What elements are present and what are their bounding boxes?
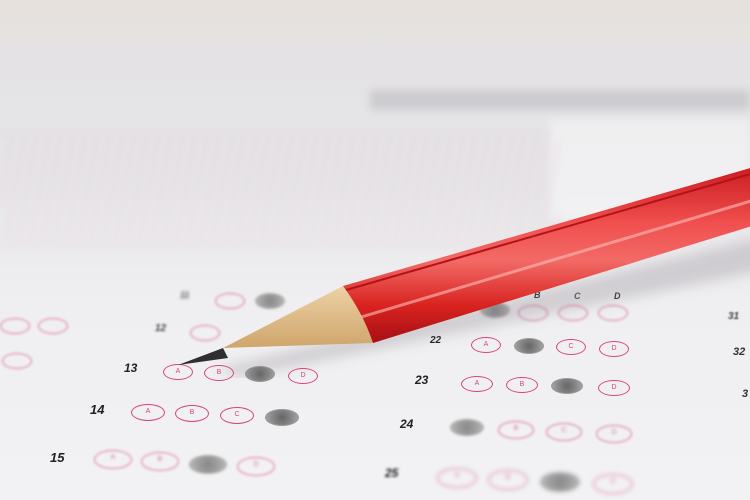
question-number-12: 12 <box>155 323 166 334</box>
pencil-graphite <box>178 348 228 365</box>
question-number-15: 15 <box>50 450 64 465</box>
q23-option-b[interactable]: B <box>506 377 538 393</box>
question-number-24: 24 <box>400 417 413 431</box>
pencil-body <box>343 160 750 343</box>
q23-option-a[interactable]: A <box>461 376 493 392</box>
q14-option-c[interactable]: C <box>220 407 254 424</box>
question-number-14: 14 <box>90 402 104 417</box>
q14-option-b[interactable]: B <box>175 405 209 422</box>
q23-option-d[interactable]: D <box>598 380 630 396</box>
q24-option-b[interactable]: B <box>498 421 534 439</box>
q25-option-b[interactable]: B <box>488 470 528 490</box>
question-number-25: 25 <box>385 466 398 480</box>
sheet-header-band <box>370 90 750 110</box>
q15-option-c-filled[interactable]: C <box>189 455 227 474</box>
photo-scene: 11 12 31 32 3 B C D 13 A B C D 14 A B C … <box>0 0 750 500</box>
q25-option-a[interactable]: A <box>437 468 477 488</box>
answer-bubble <box>38 318 68 334</box>
q23-option-c-filled[interactable]: C <box>551 378 583 394</box>
q15-option-b[interactable]: B <box>141 452 179 471</box>
q25-option-c-filled[interactable]: C <box>540 472 580 492</box>
q14-option-a[interactable]: A <box>131 404 165 421</box>
answer-bubble <box>2 353 32 369</box>
q24-option-d[interactable]: D <box>596 425 632 443</box>
q25-option-d[interactable]: D <box>593 474 633 494</box>
q15-option-a[interactable]: A <box>94 450 132 469</box>
question-number-33: 3 <box>742 388 748 400</box>
q24-option-c[interactable]: C <box>546 423 582 441</box>
question-number-13: 13 <box>124 361 137 375</box>
q14-option-d-filled[interactable]: D <box>265 409 299 426</box>
q15-option-d[interactable]: D <box>237 457 275 476</box>
answer-bubble <box>0 318 30 334</box>
q24-option-a-filled[interactable]: A <box>450 419 484 436</box>
red-pencil <box>178 158 750 378</box>
